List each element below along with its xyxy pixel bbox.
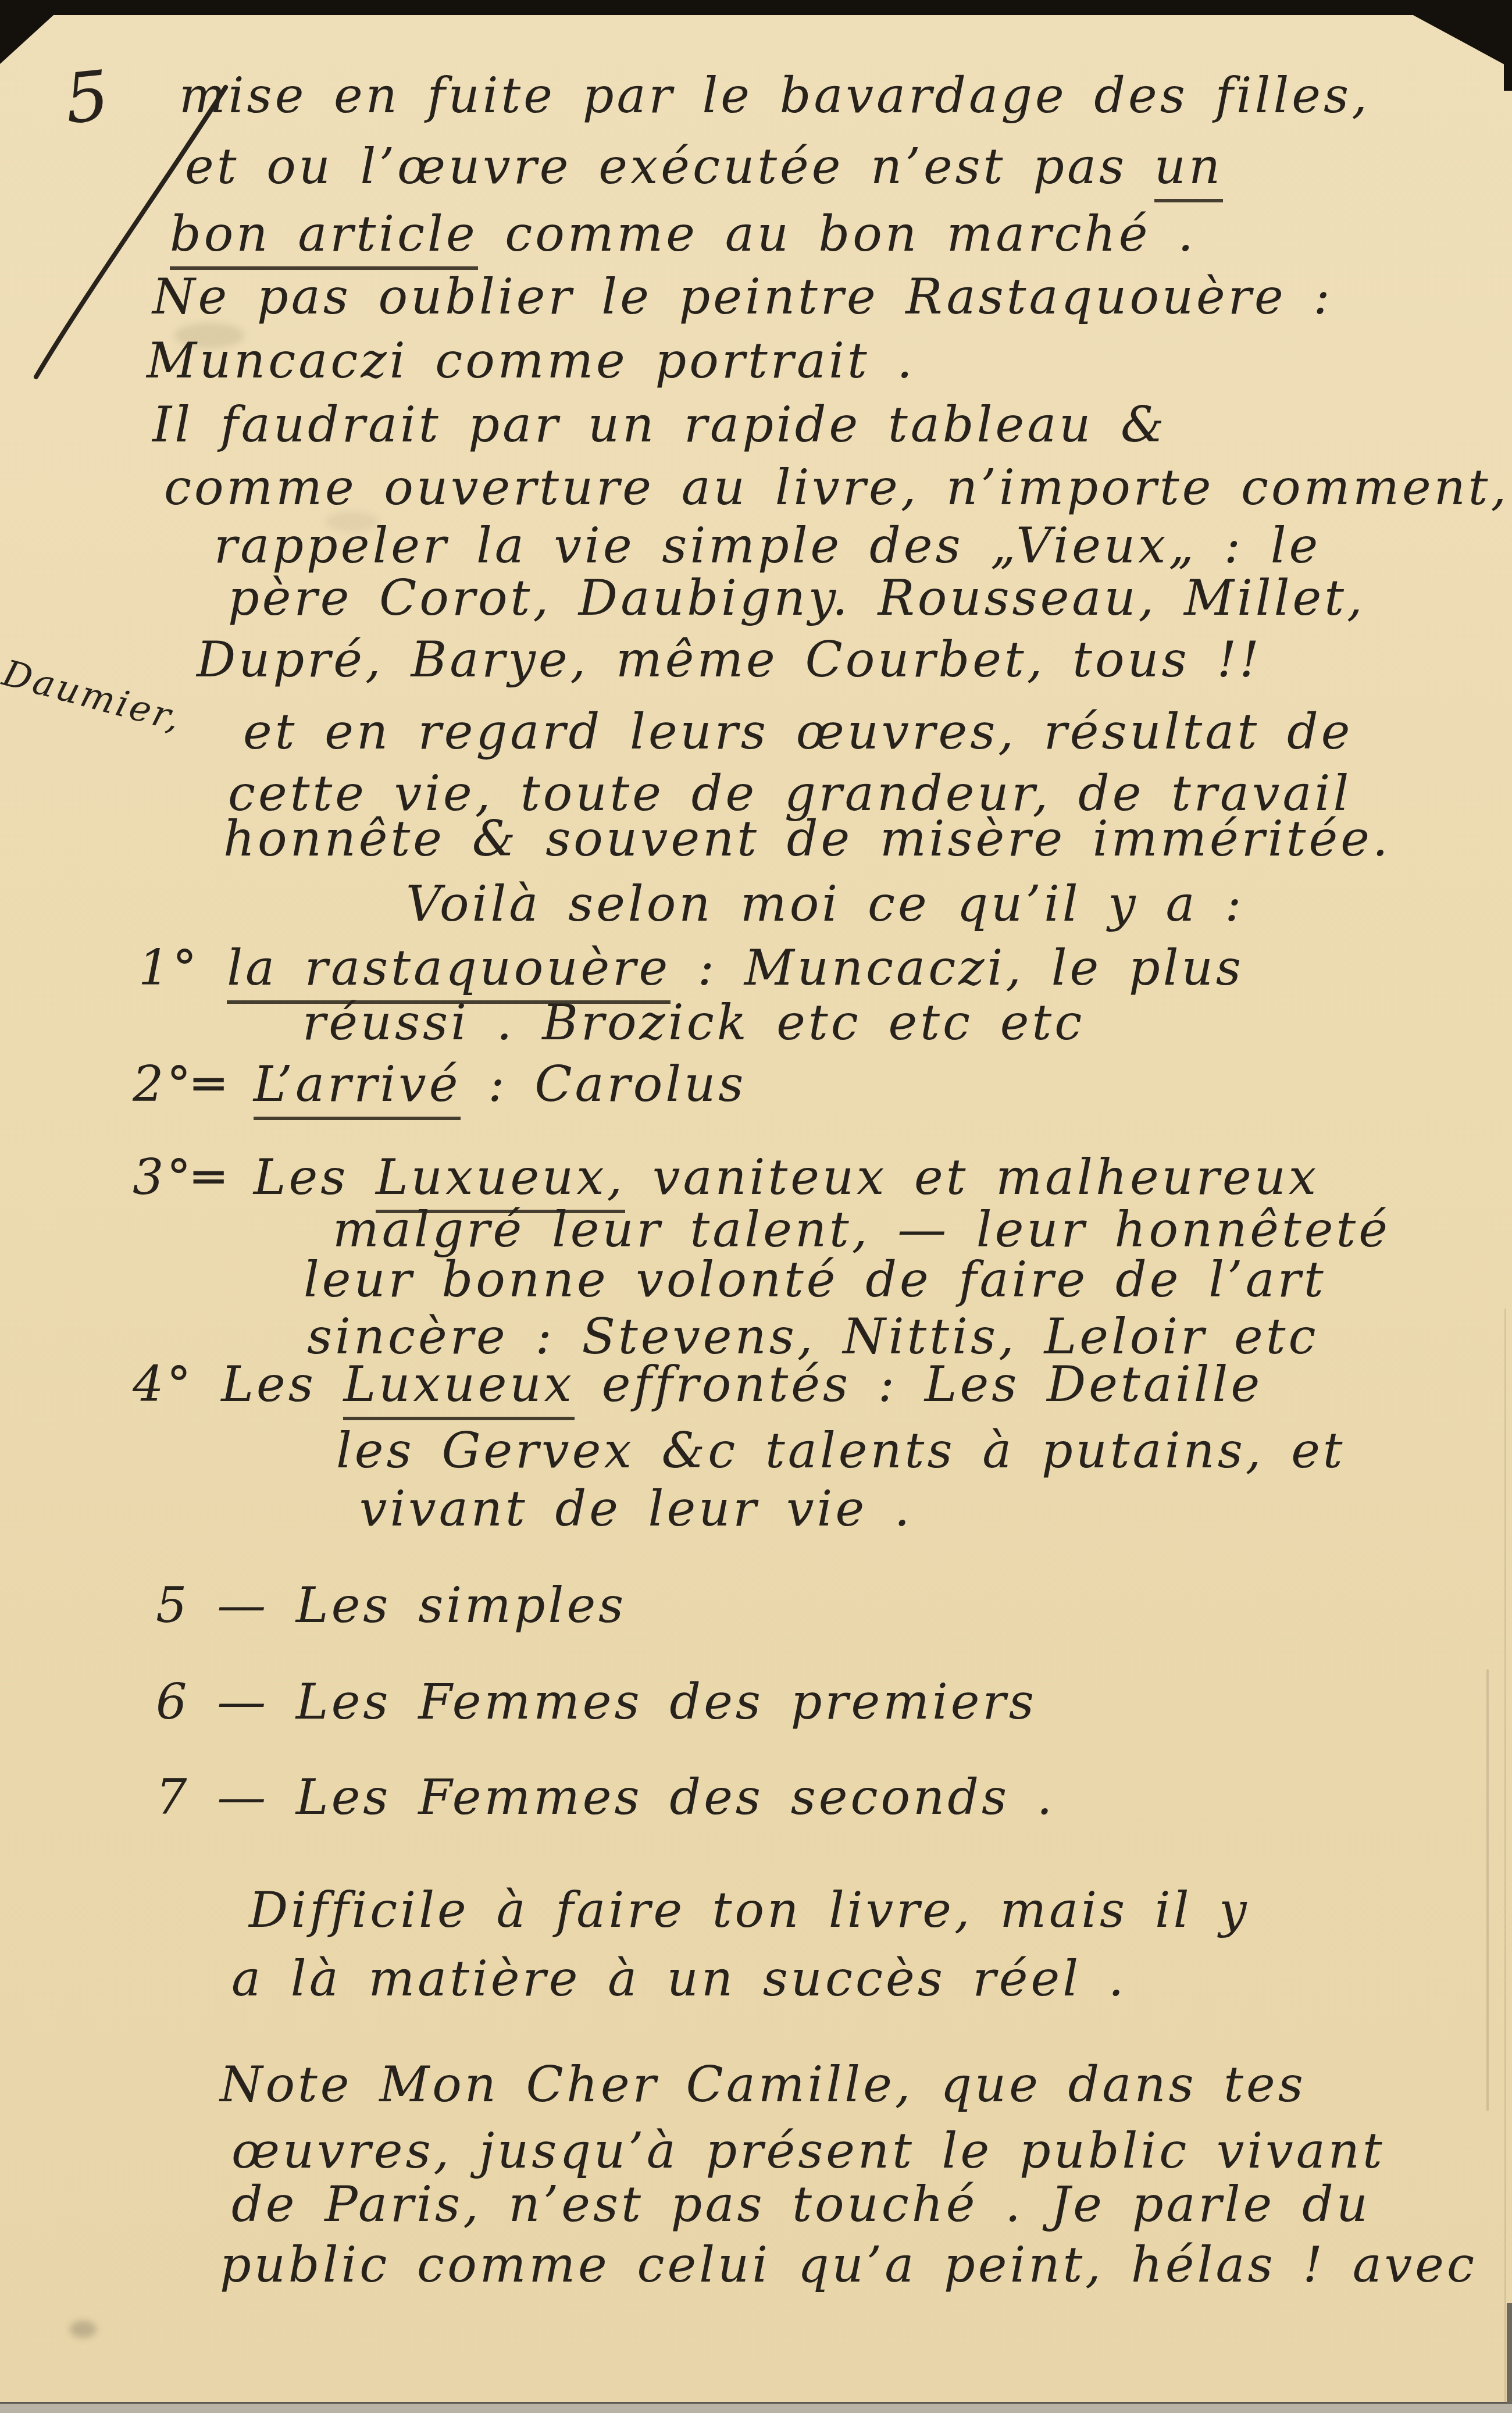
paper-edge-shadow	[1504, 1309, 1506, 2402]
handwritten-text: de Paris, n’est pas touché . Je parle du	[231, 2176, 1371, 2233]
manuscript-line: Il faudrait par un rapide tableau &	[152, 400, 1167, 449]
handwritten-text: Ne pas oublier le peintre Rastaquouère :	[152, 268, 1333, 325]
handwritten-text: les Gervex &c talents à putains, et	[336, 1422, 1346, 1479]
manuscript-line: comme ouverture au livre, n’importe comm…	[164, 463, 1509, 512]
handwritten-text: père Corot, Daubigny. Rousseau, Millet,	[228, 569, 1365, 626]
handwritten-text: vivant de leur vie .	[359, 1480, 913, 1537]
manuscript-line: rappeler la vie simple des „Vieux„ : le	[214, 521, 1321, 570]
handwritten-text: leur bonne volonté de faire de l’art	[304, 1251, 1326, 1308]
manuscript-line: malgré leur talent, — leur honnêteté	[333, 1205, 1390, 1254]
manuscript-line: œuvres, jusqu’à présent le public vivant	[231, 2126, 1385, 2175]
handwritten-text: et en regard leurs œuvres, résultat de	[243, 703, 1353, 760]
handwritten-text: a là matière à un succès réel .	[231, 1950, 1126, 2007]
manuscript-line: 3°═ Les Luxueux, vaniteux et malheureux	[133, 1153, 1319, 1202]
manuscript-line: bon article comme au bon marché .	[170, 209, 1196, 258]
handwritten-text: honnête & souvent de misère imméritée.	[223, 810, 1391, 867]
manuscript-line: Ne pas oublier le peintre Rastaquouère :	[152, 272, 1333, 321]
manuscript-line: vivant de leur vie .	[359, 1484, 913, 1533]
handwritten-text: 6 — Les Femmes des premiers	[156, 1673, 1037, 1730]
ink-smudge	[70, 2321, 97, 2338]
handwritten-text: Voilà selon moi ce qu’il y a :	[406, 875, 1244, 932]
margin-note: Daumier,	[0, 651, 187, 740]
manuscript-line: 5 — Les simples	[156, 1581, 626, 1630]
scan-edge-bottom	[0, 2402, 1512, 2413]
handwritten-text: comme ouverture au livre, n’importe comm…	[164, 459, 1509, 516]
manuscript-line: honnête & souvent de misère imméritée.	[223, 814, 1391, 863]
manuscript-line: Muncaczi comme portrait .	[147, 336, 915, 385]
handwritten-text: : Muncaczi, le plus	[671, 939, 1244, 996]
manuscript-page: 5 Daumier, mise en fuite par le bavardag…	[0, 0, 1512, 2413]
manuscript-line: père Corot, Daubigny. Rousseau, Millet,	[228, 573, 1365, 622]
scan-edge-right	[1504, 15, 1512, 91]
scan-edge-top-right-corner	[1413, 15, 1512, 69]
manuscript-line: public comme celui qu’a peint, hélas ! a…	[220, 2240, 1477, 2289]
handwritten-text: public comme celui qu’a peint, hélas ! a…	[220, 2236, 1477, 2293]
manuscript-line: et ou l’œuvre exécutée n’est pas un	[185, 142, 1223, 191]
underlined-text: bon article	[170, 205, 478, 270]
handwritten-text: comme au bon marché .	[478, 205, 1196, 262]
handwritten-text: 4° Les	[133, 1356, 343, 1413]
manuscript-line: 7 — Les Femmes des seconds .	[156, 1773, 1055, 1822]
manuscript-line: 6 — Les Femmes des premiers	[156, 1677, 1037, 1726]
manuscript-line: réussi . Brozick etc etc etc	[302, 998, 1085, 1047]
handwritten-text: vaniteux et malheureux	[625, 1149, 1319, 1206]
handwritten-text: Difficile à faire ton livre, mais il y	[249, 1881, 1250, 1938]
manuscript-line: 4° Les Luxueux effrontés : Les Detaille	[133, 1360, 1263, 1409]
manuscript-line: et en regard leurs œuvres, résultat de	[243, 707, 1353, 756]
handwritten-text: 2°═	[133, 1056, 254, 1113]
handwritten-text: œuvres, jusqu’à présent le public vivant	[231, 2122, 1385, 2179]
manuscript-line: de Paris, n’est pas touché . Je parle du	[231, 2180, 1371, 2229]
manuscript-line: Dupré, Barye, même Courbet, tous !!	[197, 635, 1262, 684]
underlined-text: Luxueux	[343, 1356, 575, 1420]
handwritten-text: Il faudrait par un rapide tableau &	[152, 396, 1167, 453]
manuscript-line: Note Mon Cher Camille, que dans tes	[220, 2060, 1306, 2109]
underlined-text: un	[1154, 138, 1223, 202]
handwritten-text: malgré leur talent, — leur honnêteté	[333, 1201, 1390, 1258]
scan-edge-bottom-right	[1507, 2303, 1512, 2403]
handwritten-text: 5 — Les simples	[156, 1577, 626, 1634]
manuscript-line: les Gervex &c talents à putains, et	[336, 1426, 1346, 1475]
manuscript-line: mise en fuite par le bavardage des fille…	[179, 71, 1370, 120]
handwritten-text: réussi . Brozick etc etc etc	[302, 994, 1085, 1051]
handwritten-text: Muncaczi comme portrait .	[147, 332, 915, 389]
paper-crease	[1486, 1669, 1489, 2111]
handwritten-text: 3°═ Les	[133, 1149, 376, 1206]
handwritten-text: effrontés : Les Detaille	[575, 1356, 1263, 1413]
handwritten-text: Dupré, Barye, même Courbet, tous !!	[197, 631, 1262, 688]
manuscript-line: sincère : Stevens, Nittis, Leloir etc	[307, 1312, 1319, 1361]
handwritten-text: : Carolus	[461, 1056, 746, 1113]
handwritten-text: mise en fuite par le bavardage des fille…	[179, 67, 1370, 124]
handwritten-text: Note Mon Cher Camille, que dans tes	[220, 2056, 1306, 2113]
manuscript-line: 1° la rastaquouère : Muncaczi, le plus	[138, 943, 1244, 992]
manuscript-line: 2°═ L’arrivé : Carolus	[133, 1060, 746, 1109]
manuscript-line: a là matière à un succès réel .	[231, 1954, 1126, 2003]
handwritten-text: rappeler la vie simple des „Vieux„ : le	[214, 517, 1321, 574]
handwritten-text: 1°	[138, 939, 227, 996]
underlined-text: L’arrivé	[254, 1056, 461, 1120]
handwritten-text: et ou l’œuvre exécutée n’est pas	[185, 138, 1154, 195]
handwritten-text: 7 — Les Femmes des seconds .	[156, 1769, 1055, 1826]
manuscript-line: Voilà selon moi ce qu’il y a :	[406, 879, 1244, 928]
manuscript-line: Difficile à faire ton livre, mais il y	[249, 1886, 1250, 1934]
manuscript-line: leur bonne volonté de faire de l’art	[304, 1255, 1326, 1304]
